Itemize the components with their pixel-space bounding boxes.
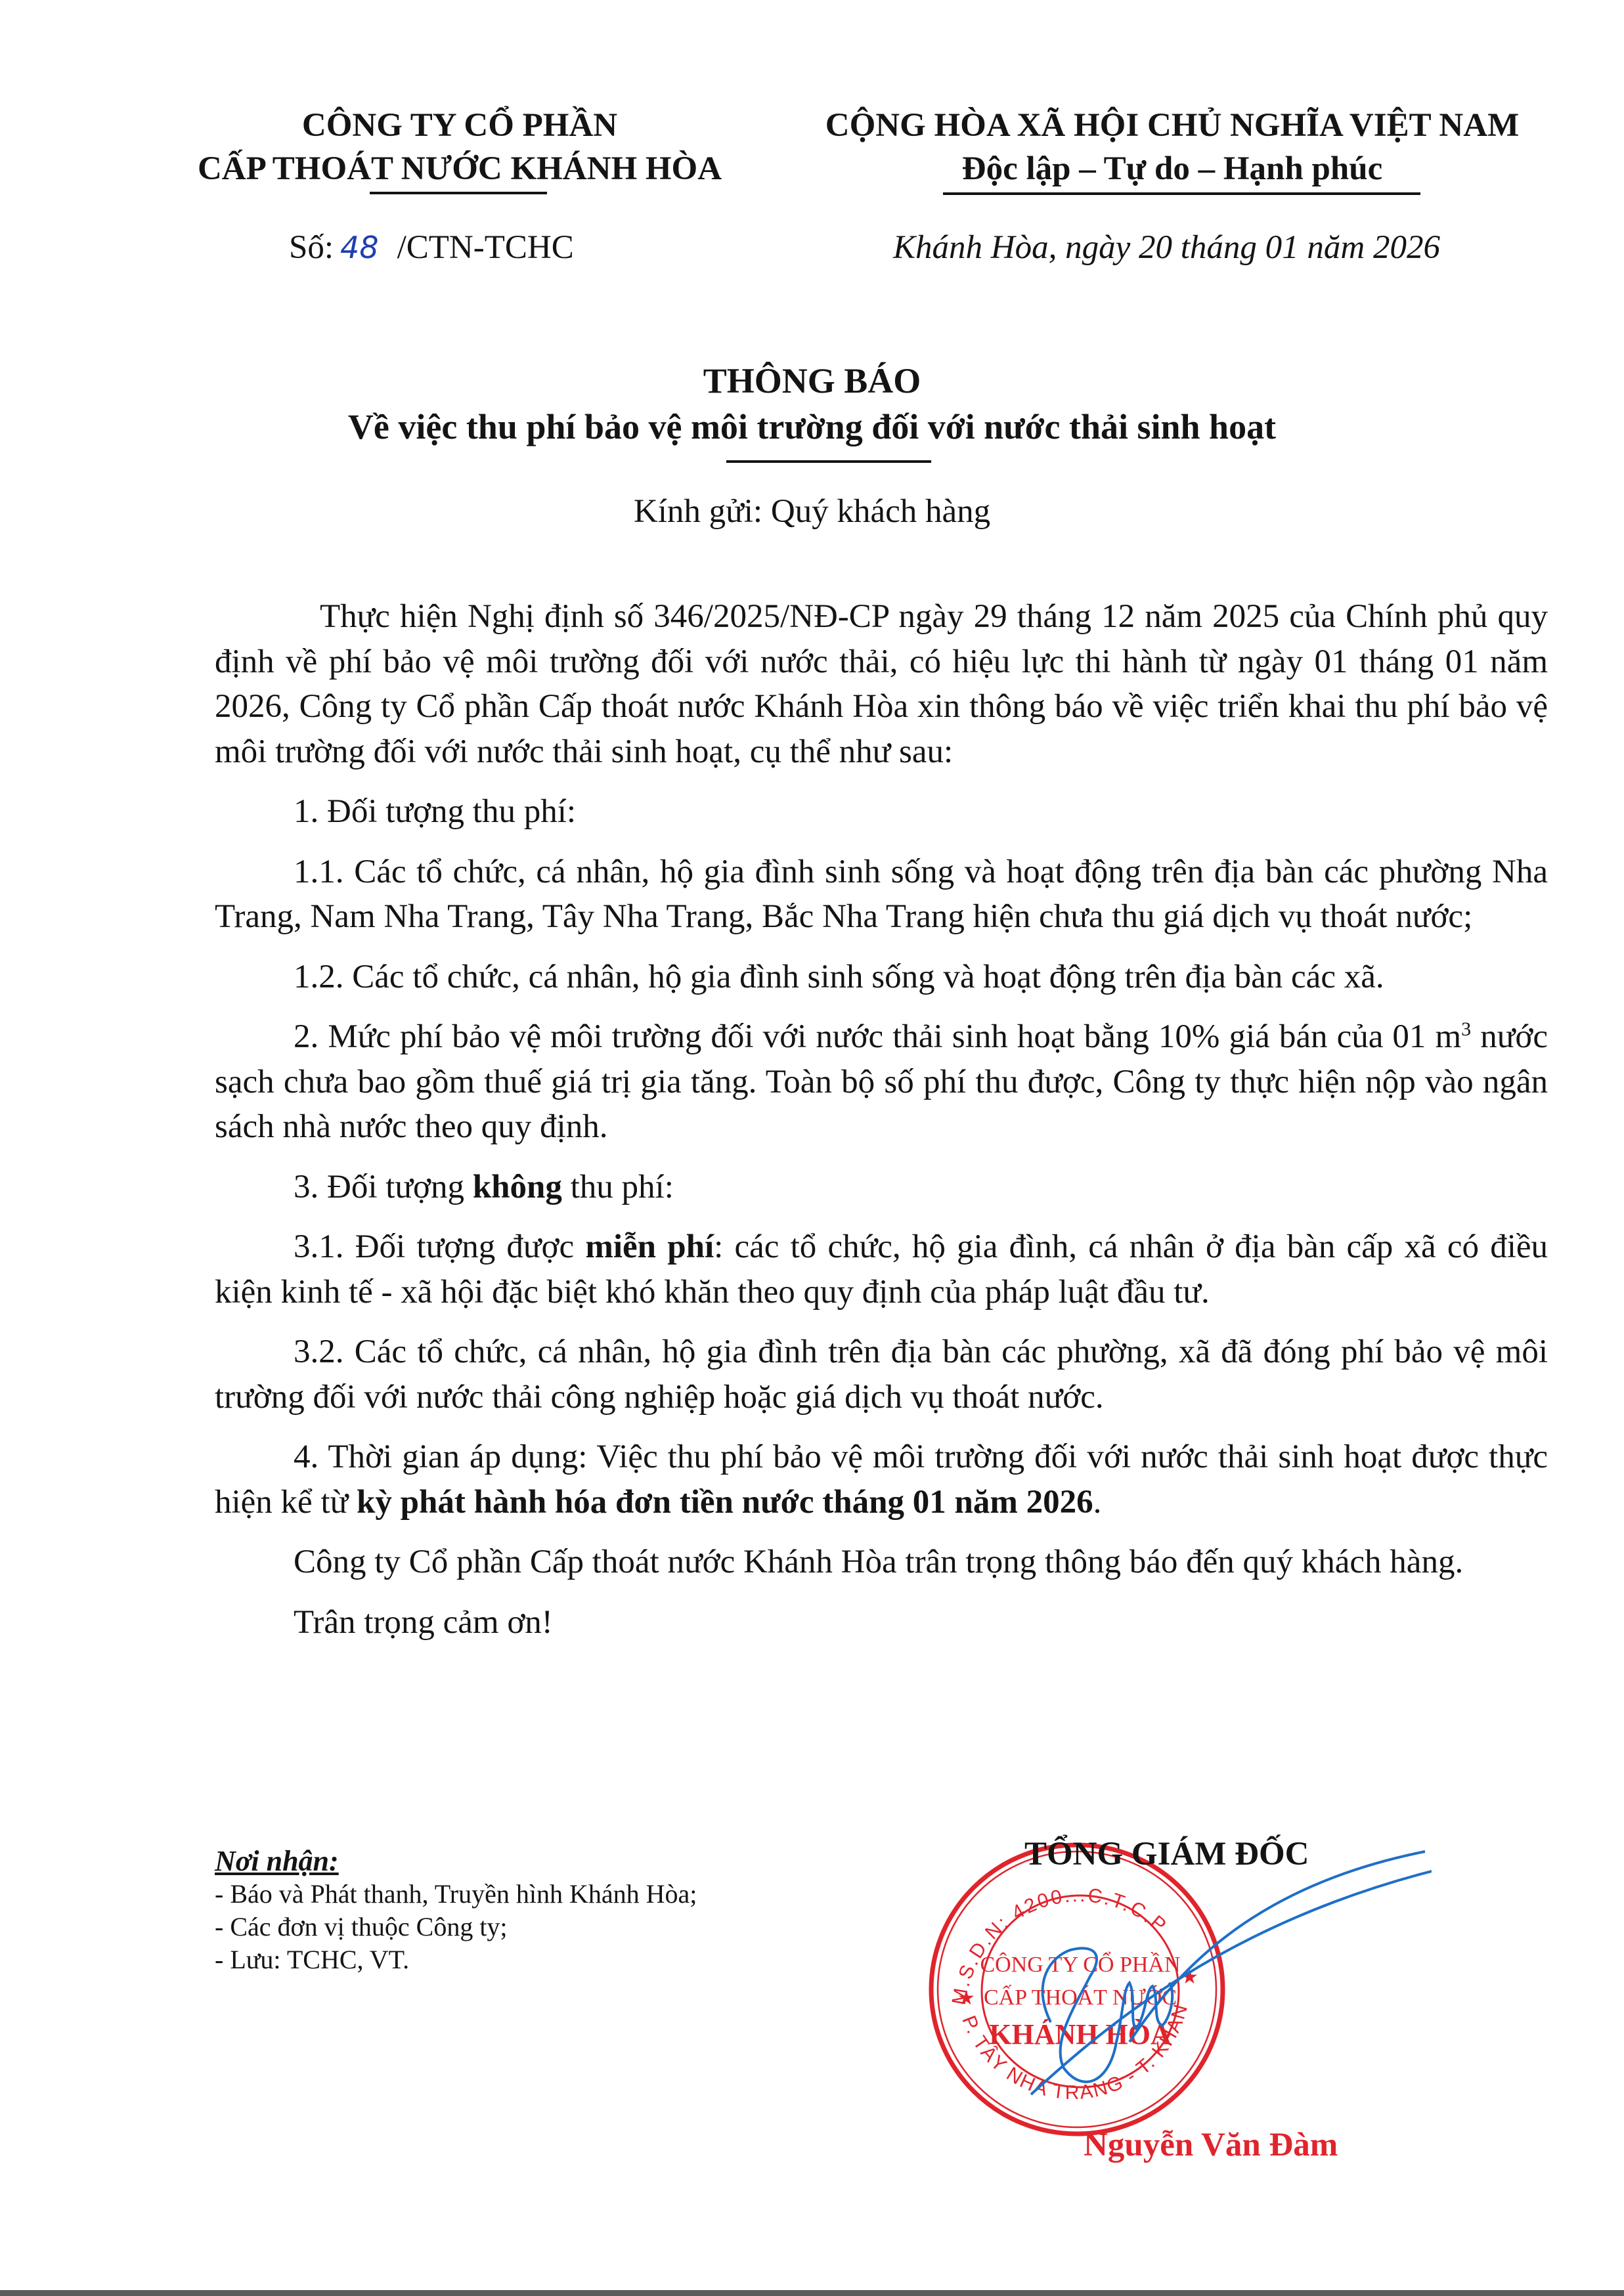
doc-number-handwritten: 48: [334, 230, 397, 265]
section-3-2: 3.2. Các tổ chức, cá nhân, hộ gia đình t…: [215, 1330, 1548, 1419]
section-3-1: 3.1. Đối tượng được miễn phí: các tổ chứ…: [215, 1224, 1548, 1314]
recipient-item: - Lưu: TCHC, VT.: [215, 1943, 697, 1976]
notice-title-block: THÔNG BÁO Về việc thu phí bảo vệ môi trư…: [0, 358, 1624, 450]
section-4-bold: kỳ phát hành hóa đơn tiền nước tháng 01 …: [357, 1484, 1093, 1521]
org-name-line1: CÔNG TY CỔ PHẦN: [164, 104, 755, 147]
section-1-1: 1.1. Các tổ chức, cá nhân, hộ gia đình s…: [215, 850, 1548, 940]
nation-name: CỘNG HÒA XÃ HỘI CHỦ NGHĨA VIỆT NAM: [785, 104, 1560, 147]
section-3-1-bold: miễn phí: [585, 1228, 714, 1265]
motto: Độc lập – Tự do – Hạnh phúc: [785, 147, 1560, 190]
org-name-line2: CẤP THOÁT NƯỚC KHÁNH HÒA: [164, 147, 755, 190]
handwritten-signature: [1011, 1845, 1432, 2147]
notice-subtitle: Về việc thu phí bảo vệ môi trường đối vớ…: [0, 404, 1624, 450]
section-3-bold: không: [473, 1169, 562, 1205]
section-2-text-a: 2. Mức phí bảo vệ môi trường đối với nướ…: [294, 1018, 1461, 1055]
national-motto: CỘNG HÒA XÃ HỘI CHỦ NGHĨA VIỆT NAM Độc l…: [785, 104, 1560, 190]
recipients-title: Nơi nhận:: [215, 1845, 697, 1878]
org-underline: [370, 192, 547, 194]
star-icon: ★: [957, 1987, 975, 2009]
title-underline: [726, 460, 931, 463]
section-1-heading: 1. Đối tượng thu phí:: [215, 789, 1548, 834]
notice-title: THÔNG BÁO: [0, 358, 1624, 404]
closing-paragraph: Công ty Cổ phần Cấp thoát nước Khánh Hòa…: [215, 1540, 1548, 1585]
recipient-item: - Báo và Phát thanh, Truyền hình Khánh H…: [215, 1878, 697, 1911]
thanks-line: Trân trọng cảm ơn!: [215, 1600, 1548, 1645]
date-line: Khánh Hòa, ngày 20 tháng 01 năm 2026: [893, 228, 1440, 267]
section-3-heading: 3. Đối tượng không thu phí:: [215, 1165, 1548, 1210]
cubic-superscript: 3: [1461, 1018, 1471, 1040]
issuing-organization: CÔNG TY CỔ PHẦN CẤP THOÁT NƯỚC KHÁNH HÒA: [164, 104, 755, 190]
recipients-block: Nơi nhận: - Báo và Phát thanh, Truyền hì…: [215, 1845, 697, 1976]
notice-body: Thực hiện Nghị định số 346/2025/NĐ-CP ng…: [215, 594, 1548, 1660]
doc-number-label: Số:: [289, 229, 334, 266]
recipient-item: - Các đơn vị thuộc Công ty;: [215, 1911, 697, 1943]
intro-paragraph: Thực hiện Nghị định số 346/2025/NĐ-CP ng…: [215, 594, 1548, 774]
section-4: 4. Thời gian áp dụng: Việc thu phí bảo v…: [215, 1435, 1548, 1525]
section-4-suffix: .: [1093, 1484, 1102, 1521]
scan-edge: [0, 2290, 1624, 2296]
section-1-2: 1.2. Các tổ chức, cá nhân, hộ gia đình s…: [215, 955, 1548, 1000]
doc-number-suffix: /CTN-TCHC: [397, 229, 574, 266]
document-number: Số:48/CTN-TCHC: [289, 228, 574, 267]
section-2: 2. Mức phí bảo vệ môi trường đối với nướ…: [215, 1014, 1548, 1150]
greeting: Kính gửi: Quý khách hàng: [0, 492, 1624, 531]
section-3-1-prefix: 3.1. Đối tượng được: [294, 1228, 585, 1265]
section-3-prefix: 3. Đối tượng: [294, 1169, 473, 1205]
motto-underline: [943, 192, 1420, 195]
section-3-suffix: thu phí:: [562, 1169, 674, 1205]
